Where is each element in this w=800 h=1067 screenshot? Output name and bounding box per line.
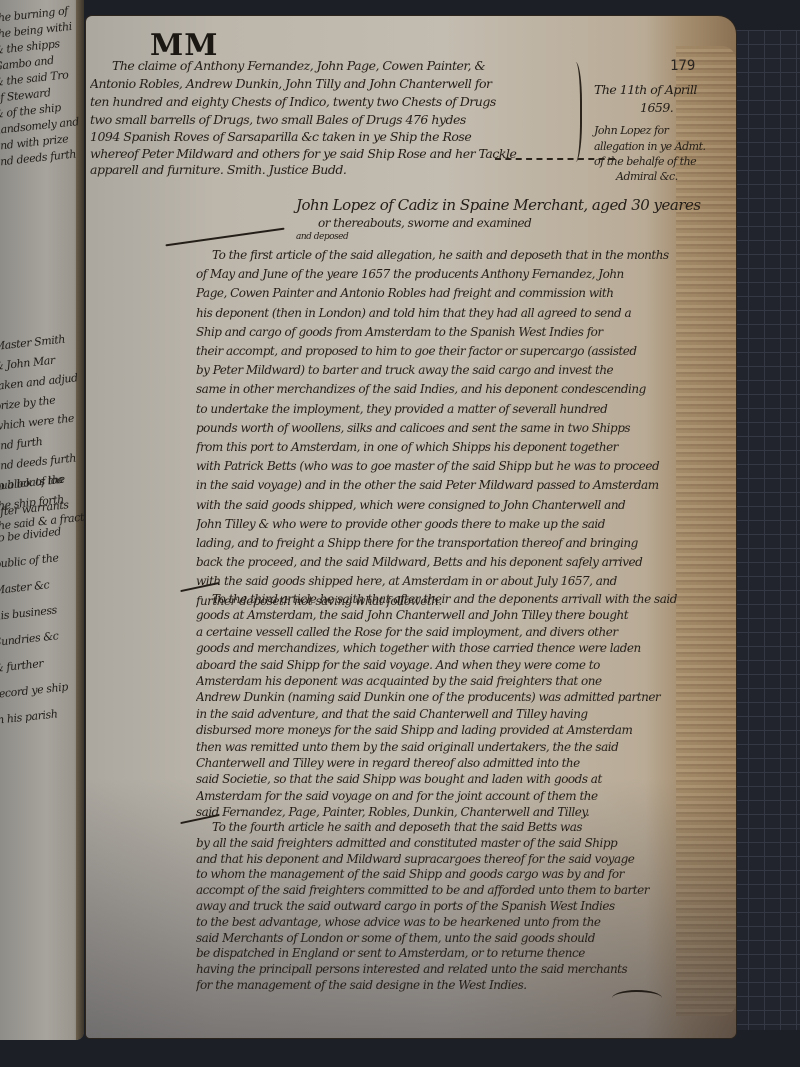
facing-page-fragment: and deeds furth [0, 451, 77, 473]
deponent-sworn-line: or thereabouts, sworne and examined [318, 216, 531, 230]
deponent-deposed-line: and deposed [296, 232, 348, 242]
paragraph-line: to the best advantage, whose advice was … [196, 915, 696, 929]
paragraph-line: To the third article he saith that after… [212, 592, 712, 606]
facing-page-fragment: taken and adjud [0, 371, 78, 393]
paragraph-line: with the said goods shipped, which were … [196, 498, 696, 512]
paragraph-line: his deponent (then in London) and told h… [196, 306, 696, 320]
paragraph-line: Page, Cowen Painter and Antonio Robles h… [196, 286, 696, 300]
paragraph-line: from this port to Amsterdam, in one of w… [196, 440, 696, 454]
facing-page-fragment: & further [0, 657, 44, 675]
side-note-line-1: John Lopez for [594, 124, 668, 137]
paragraph-line: said Fernandez, Page, Painter, Robles, D… [196, 805, 696, 819]
paragraph-line: aboard the said Shipp for the said voyag… [196, 658, 696, 672]
paragraph-line: with the said goods shipped here, at Ams… [196, 574, 696, 588]
paragraph-line: having the principall persons interested… [196, 962, 696, 976]
facing-page-fragment: & the said Tro [0, 68, 69, 89]
paragraph-line: be dispatched in England or sent to Amst… [196, 946, 696, 960]
facing-page-fragment: record ye ship [0, 680, 69, 701]
paragraph-line: in the said adventure, and that the said… [196, 707, 696, 721]
paragraph-line: Amsterdam his deponent was acquainted by… [196, 674, 696, 688]
heading-line: apparell and furniture. Smith. Justice B… [90, 162, 560, 177]
paragraph-line: pounds worth of woollens, silks and cali… [196, 421, 696, 435]
side-note-line-4: Admiral &c. [616, 170, 678, 183]
paragraph-line: same in other merchandizes of the said I… [196, 382, 696, 396]
facing-page-fragment: & John Mar [0, 354, 55, 373]
side-note-line-3: of the behalfe of the [594, 155, 696, 168]
paragraph-line: goods at Amsterdam, the said John Chante… [196, 608, 696, 622]
paragraph-line: said Merchants of London or some of them… [196, 931, 696, 945]
paragraph-line: lading, and to freight a Shipp there for… [196, 536, 696, 550]
facing-page-fragment: public of the [0, 551, 59, 571]
paragraph-line: disbursed more moneys for the said Shipp… [196, 723, 696, 737]
paragraph-line: for the management of the said designe i… [196, 978, 696, 992]
heading-line: whereof Peter Mildward and others for ye… [90, 146, 560, 161]
paragraph-line: and that his deponent and Mildward supra… [196, 852, 696, 866]
paragraph-line: in the said voyage) and in the other the… [196, 478, 696, 492]
end-flourish [612, 990, 662, 1006]
paragraph-line: accompt of the said freighters committed… [196, 883, 696, 897]
heading-dash-rule [495, 158, 615, 160]
paragraph-line: Chanterwell and Tilley were in regard th… [196, 756, 696, 770]
paragraph-line: To the first article of the said allegat… [212, 248, 712, 262]
paragraph-line: of May and June of the yeare 1657 the pr… [196, 267, 696, 281]
paragraph-line: To the fourth article he saith and depos… [212, 820, 712, 834]
facing-page-fragment: his business [0, 603, 57, 623]
paragraph-line: Andrew Dunkin (naming said Dunkin one of… [196, 690, 696, 704]
facing-page-fragment: Master Smith [0, 333, 66, 353]
facing-page-fragment: in his parish [0, 707, 58, 727]
paragraph-line: to undertake the imployment, they provid… [196, 402, 696, 416]
facing-page-fragment: Sundries &c [0, 629, 59, 649]
facing-page-fragment: prize by the [0, 394, 56, 413]
heading-line: two small barrells of Drugs, two small B… [90, 112, 560, 127]
facing-page-fragment: Master &c [0, 578, 50, 597]
paragraph-line: Amsterdam for the said voyage on and for… [196, 789, 696, 803]
heading-line: Antonio Robles, Andrew Dunkin, John Till… [90, 76, 560, 91]
paragraph-line: Ship and cargo of goods from Amsterdam t… [196, 325, 696, 339]
paragraph-line: John Tilley & who were to provide other … [196, 517, 696, 531]
paragraph-line: by all the said freighters admitted and … [196, 836, 696, 850]
paragraph-line: goods and merchandizes, which together w… [196, 641, 696, 655]
facing-page-fragment: to a boats loa [0, 473, 64, 493]
heading-line: The claime of Anthony Fernandez, John Pa… [112, 58, 582, 73]
paragraph-line: said Societie, so that the said Shipp wa… [196, 772, 696, 786]
paragraph-line: with Patrick Betts (who was to goe maste… [196, 459, 696, 473]
date-note-line-1: The 11th of Aprill [594, 82, 697, 97]
facing-page-fragment: which were the [0, 412, 75, 433]
heading-line: ten hundred and eighty Chests of Indico,… [90, 94, 560, 109]
heading-brace [566, 62, 582, 162]
paragraph-line: by Peter Mildward) to barter and truck a… [196, 363, 696, 377]
paragraph-line: a certaine vessell called the Rose for t… [196, 625, 696, 639]
paragraph-line: their accompt, and proposed to him to go… [196, 344, 696, 358]
heading-line: 1094 Spanish Roves of Sarsaparilla &c ta… [90, 129, 560, 144]
side-note-line-2: allegation in ye Admt. [594, 140, 706, 153]
deponent-name-line: John Lopez of Cadiz in Spaine Merchant, … [296, 196, 701, 214]
paragraph-line: back the proceed, and the said Mildward,… [196, 555, 696, 569]
facing-page: the burning ofthe being withi& the shipp… [0, 0, 84, 1040]
paragraph-line: then was remitted unto them by the said … [196, 740, 696, 754]
paragraph-line: away and truck the said outward cargo in… [196, 899, 696, 913]
date-note-line-2: 1659. [640, 100, 673, 115]
paragraph-line: to whom the management of the said Shipp… [196, 867, 696, 881]
folio-number: 179 [670, 58, 695, 74]
facing-page-fragment: and furth [0, 435, 43, 453]
